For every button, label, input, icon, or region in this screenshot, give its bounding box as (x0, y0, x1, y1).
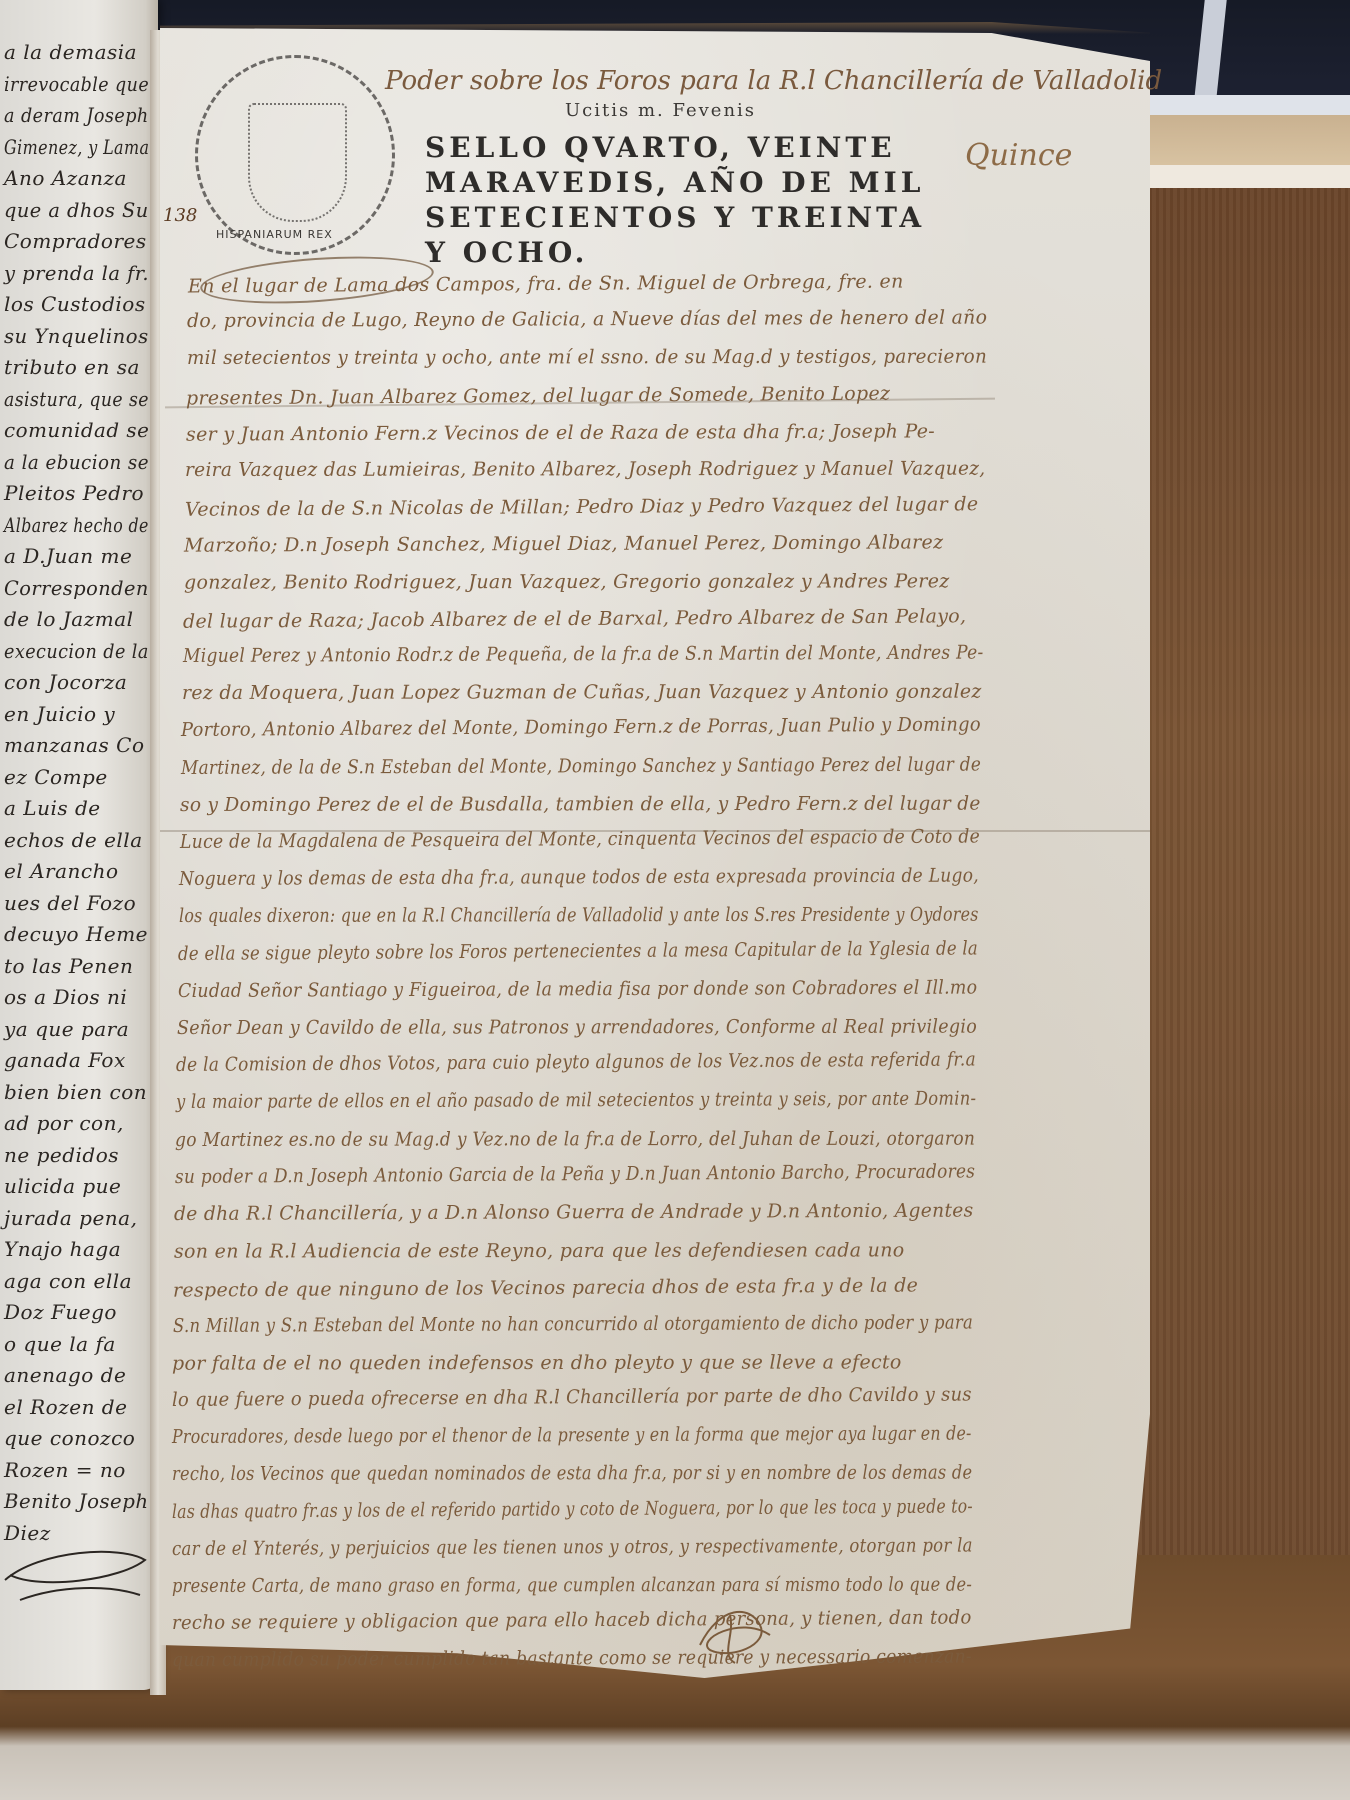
stamped-paper-heading: SELLO QVARTO, VEINTE MARAVEDIS, AÑO DE M… (425, 130, 985, 270)
handwritten-line: do, provincia de Lugo, Reyno de Galicia,… (187, 307, 983, 332)
handwritten-line: so y Domingo Perez de el de Busdalla, ta… (180, 792, 961, 815)
left-page-line: en Juicio y (4, 702, 115, 726)
handwritten-line: Marzoño; D.n Joseph Sanchez, Miguel Diaz… (184, 532, 943, 557)
left-page-line: a Luis de (4, 796, 101, 820)
document-header-annotation: Poder sobre los Foros para la R.l Chanci… (385, 66, 1162, 96)
left-page-line: jurada pena, (4, 1206, 137, 1230)
left-signature-flourish-icon (0, 1540, 150, 1620)
handwritten-line: go Martinez es.no de su Mag.d y Vez.no d… (175, 1127, 895, 1150)
handwritten-line: recho, los Vecinos que quedan nominados … (171, 1462, 853, 1485)
left-page-line: ad por con, (4, 1111, 124, 1135)
stamp-top-line: Ucitis m. Fevenis (565, 100, 756, 121)
stamp-line: SETECIENTOS Y TREINTA (425, 200, 985, 235)
handwritten-line: mil setecientos y treinta y ocho, ante m… (187, 346, 958, 369)
handwritten-line: Procuradores, desde luego por el thenor … (171, 1423, 837, 1448)
left-page-line: a D.Juan me (4, 544, 132, 568)
left-page-line: aga con ella (4, 1269, 132, 1293)
handwritten-line: reira Vazquez das Lumieiras, Benito Alba… (185, 458, 967, 481)
left-page-line: los Custodios (4, 292, 146, 316)
left-page-line: anenago de (4, 1363, 126, 1387)
left-page-line: Compradores (4, 229, 147, 253)
left-facing-page: a la demasiairrevocable quea deram Josep… (0, 0, 158, 1690)
left-page-line: su Ynquelinos (4, 324, 149, 348)
handwritten-line: gonzalez, Benito Rodriguez, Juan Vazquez… (184, 570, 950, 593)
left-page-line: tributo en sa (4, 355, 140, 379)
left-page-line: Doz Fuego (4, 1300, 117, 1324)
left-page-line: to las Penen (4, 954, 133, 978)
handwritten-line: de dha R.l Chancillería, y a D.n Alonso … (174, 1200, 961, 1225)
handwritten-line: Ciudad Señor Santiago y Figueiroa, de la… (177, 977, 908, 1002)
handwritten-line: presentes Dn. Juan Albarez Gomez, del lu… (186, 382, 890, 409)
stamp-line: MARAVEDIS, AÑO DE MIL (425, 165, 985, 200)
background-shelf (1135, 115, 1350, 170)
handwritten-line: presente Carta, de mano graso en forma, … (171, 1574, 854, 1597)
handwritten-line: los quales dixeron: que en la R.l Chanci… (179, 904, 848, 927)
left-page-line: Ano Azanza (4, 166, 127, 190)
left-page-line: ya que para (4, 1017, 129, 1041)
handwritten-line: por falta de el no queden indefensos en … (172, 1351, 902, 1374)
seal-legend: HISPANIARUM REX (216, 228, 333, 241)
left-page-line: Ynajo haga (4, 1237, 121, 1261)
left-page-line: que conozco (4, 1426, 135, 1450)
left-page-line: a la ebucion se (4, 450, 149, 474)
handwritten-line: su poder a D.n Joseph Antonio Garcia de … (175, 1161, 890, 1188)
left-page-line: os a Dios ni (4, 985, 127, 1009)
handwritten-line: las dhas quatro fr.as y los de el referi… (171, 1496, 828, 1523)
handwritten-line: Señor Dean y Cavildo de ella, sus Patron… (177, 1016, 914, 1039)
left-page-line: y prenda la fr. (4, 261, 149, 285)
left-page-line: el Rozen de (4, 1395, 127, 1419)
stamp-line: SELLO QVARTO, VEINTE (425, 130, 985, 165)
left-page-line: Benito Joseph (4, 1489, 149, 1513)
left-page-line: a la demasia (4, 40, 137, 64)
left-page-line: comunidad se (4, 418, 149, 442)
left-page-line: irrevocable que (4, 72, 149, 96)
handwritten-line: rez da Moquera, Juan Lopez Guzman de Cuñ… (182, 681, 978, 704)
left-page-line: de lo Jazmal (4, 607, 134, 631)
left-page-line: ganada Fox (4, 1048, 126, 1072)
handwritten-line: Noguera y los demas de esta dha fr.a, au… (179, 865, 897, 890)
left-page-line: el Arancho (4, 859, 119, 883)
left-page-line: Pleitos Pedro (4, 481, 144, 505)
handwritten-line: car de el Ynterés, y perjuicios que les … (171, 1535, 868, 1560)
left-page-line: Corresponden (4, 576, 149, 600)
background-sill (1135, 165, 1350, 190)
left-page-line: o que la fa (4, 1332, 116, 1356)
handwritten-line: Martinez, de la de S.n Esteban del Monte… (181, 753, 891, 778)
left-page-line: bien bien con (4, 1080, 147, 1104)
royal-seal-stamp: HISPANIARUM REX (195, 55, 395, 255)
left-page-line: asistura, que se (4, 387, 149, 411)
handwritten-line: quan cumplido su poder cumplido tan bast… (171, 1646, 892, 1671)
left-page-line: Albarez hecho de (4, 513, 149, 537)
coat-of-arms-icon (248, 103, 347, 222)
left-page-line: ulicida pue (4, 1174, 121, 1198)
left-page-line: Rozen = no (4, 1458, 126, 1482)
wooden-board (1135, 188, 1350, 1558)
left-page-line: ne pedidos (4, 1143, 119, 1167)
handwritten-line: y la maior parte de ellos en el año pasa… (176, 1088, 866, 1113)
left-page-line: execucion de la (4, 639, 149, 663)
handwritten-line: Miguel Perez y Antonio Rodr.z de Pequeña… (182, 642, 902, 667)
margin-folio-number: 138 (163, 205, 197, 226)
handwritten-line: S.n Millan y S.n Esteban del Monte no ha… (173, 1312, 865, 1337)
handwritten-line: ser y Juan Antonio Fern.z Vecinos de el … (186, 420, 935, 445)
left-page-line: ues del Fozo (4, 891, 136, 915)
left-page-line: a deram Joseph (4, 103, 149, 127)
left-page-line: con Jocorza (4, 670, 127, 694)
window-frame (1135, 95, 1350, 115)
left-page-line: Gimenez, y Lama (4, 135, 149, 159)
handwritten-line: son en la R.l Audiencia de este Reyno, p… (174, 1240, 905, 1263)
left-page-line: que a dhos Su (4, 198, 149, 222)
stamp-line: Y OCHO. (425, 235, 985, 270)
left-page-line: echos de ella (4, 828, 143, 852)
left-page-line: decuyo Heme (4, 922, 148, 946)
handwritten-line: de ella se sigue pleyto sobre los Foros … (178, 938, 874, 965)
left-page-line: ez Compe (4, 765, 108, 789)
left-page-line: manzanas Co (4, 733, 145, 757)
